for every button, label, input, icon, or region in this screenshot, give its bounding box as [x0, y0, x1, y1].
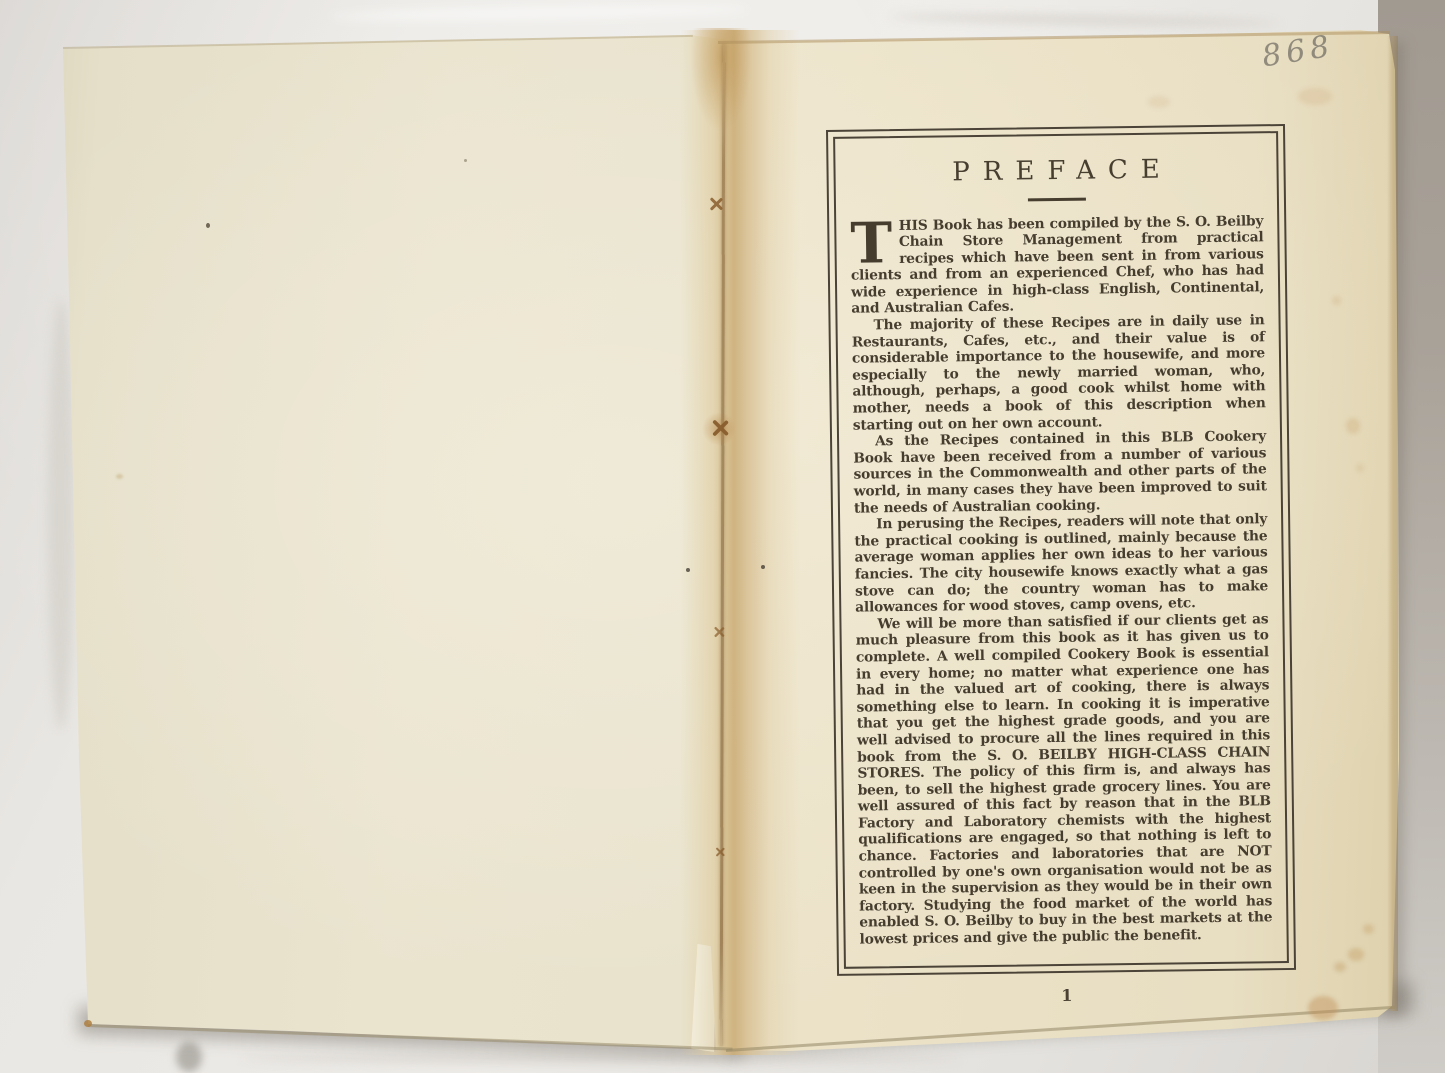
frame-inner-rule: PREFACE THIS Book has been compiled by t… — [833, 131, 1289, 968]
foxing-stain — [1346, 418, 1360, 434]
cloth-wrinkle — [48, 300, 74, 730]
gutter-dot — [686, 568, 690, 572]
frame-outer-rule: PREFACE THIS Book has been compiled by t… — [826, 124, 1296, 976]
page-title: PREFACE — [849, 153, 1262, 188]
cloth-wrinkle — [240, 1054, 960, 1063]
paper-speck — [206, 223, 210, 228]
paragraph-text: HIS Book has been compiled by the S. O. … — [851, 213, 1264, 317]
paper-speck — [464, 159, 467, 162]
foxing-stain — [1356, 464, 1364, 472]
title-rule — [1027, 198, 1085, 201]
preface-paragraph-1: THIS Book has been compiled by the S. O.… — [850, 213, 1264, 318]
foxing-stain — [1334, 962, 1346, 972]
drop-cap: T — [850, 221, 892, 268]
binding-stitch — [708, 196, 724, 212]
preface-paragraph-2: The majority of these Recipes are in dai… — [851, 312, 1265, 434]
gutter-fold — [680, 30, 800, 1055]
corner-stain-dot — [84, 1020, 92, 1027]
gutter-dot — [761, 565, 765, 569]
preface-paragraph-5: We will be more than satisfied if our cl… — [855, 611, 1272, 948]
right-page-fore-edge — [1387, 36, 1398, 1011]
foxing-stain — [1332, 296, 1341, 305]
preface-paragraph-3: As the Recipes contained in this BLB Coo… — [853, 428, 1267, 516]
paper-speck — [116, 474, 123, 479]
foxing-stain — [1308, 996, 1338, 1020]
photo-open-book: PREFACE THIS Book has been compiled by t… — [0, 0, 1445, 1073]
gutter-top-damage — [690, 28, 752, 133]
foxing-stain — [1348, 948, 1364, 961]
binding-stitch — [710, 418, 730, 438]
foxing-stain — [1363, 924, 1374, 934]
foxing-stain — [1298, 88, 1332, 105]
preface-paragraph-4: In perusing the Recipes, readers will no… — [854, 511, 1268, 616]
cloth-fold-shadow — [176, 1042, 202, 1072]
preface-body: THIS Book has been compiled by the S. O.… — [850, 213, 1273, 948]
binding-stitch — [714, 846, 725, 857]
binding-stitch — [713, 626, 726, 639]
printed-area: PREFACE THIS Book has been compiled by t… — [826, 124, 1296, 1008]
foxing-stain — [1148, 96, 1170, 108]
